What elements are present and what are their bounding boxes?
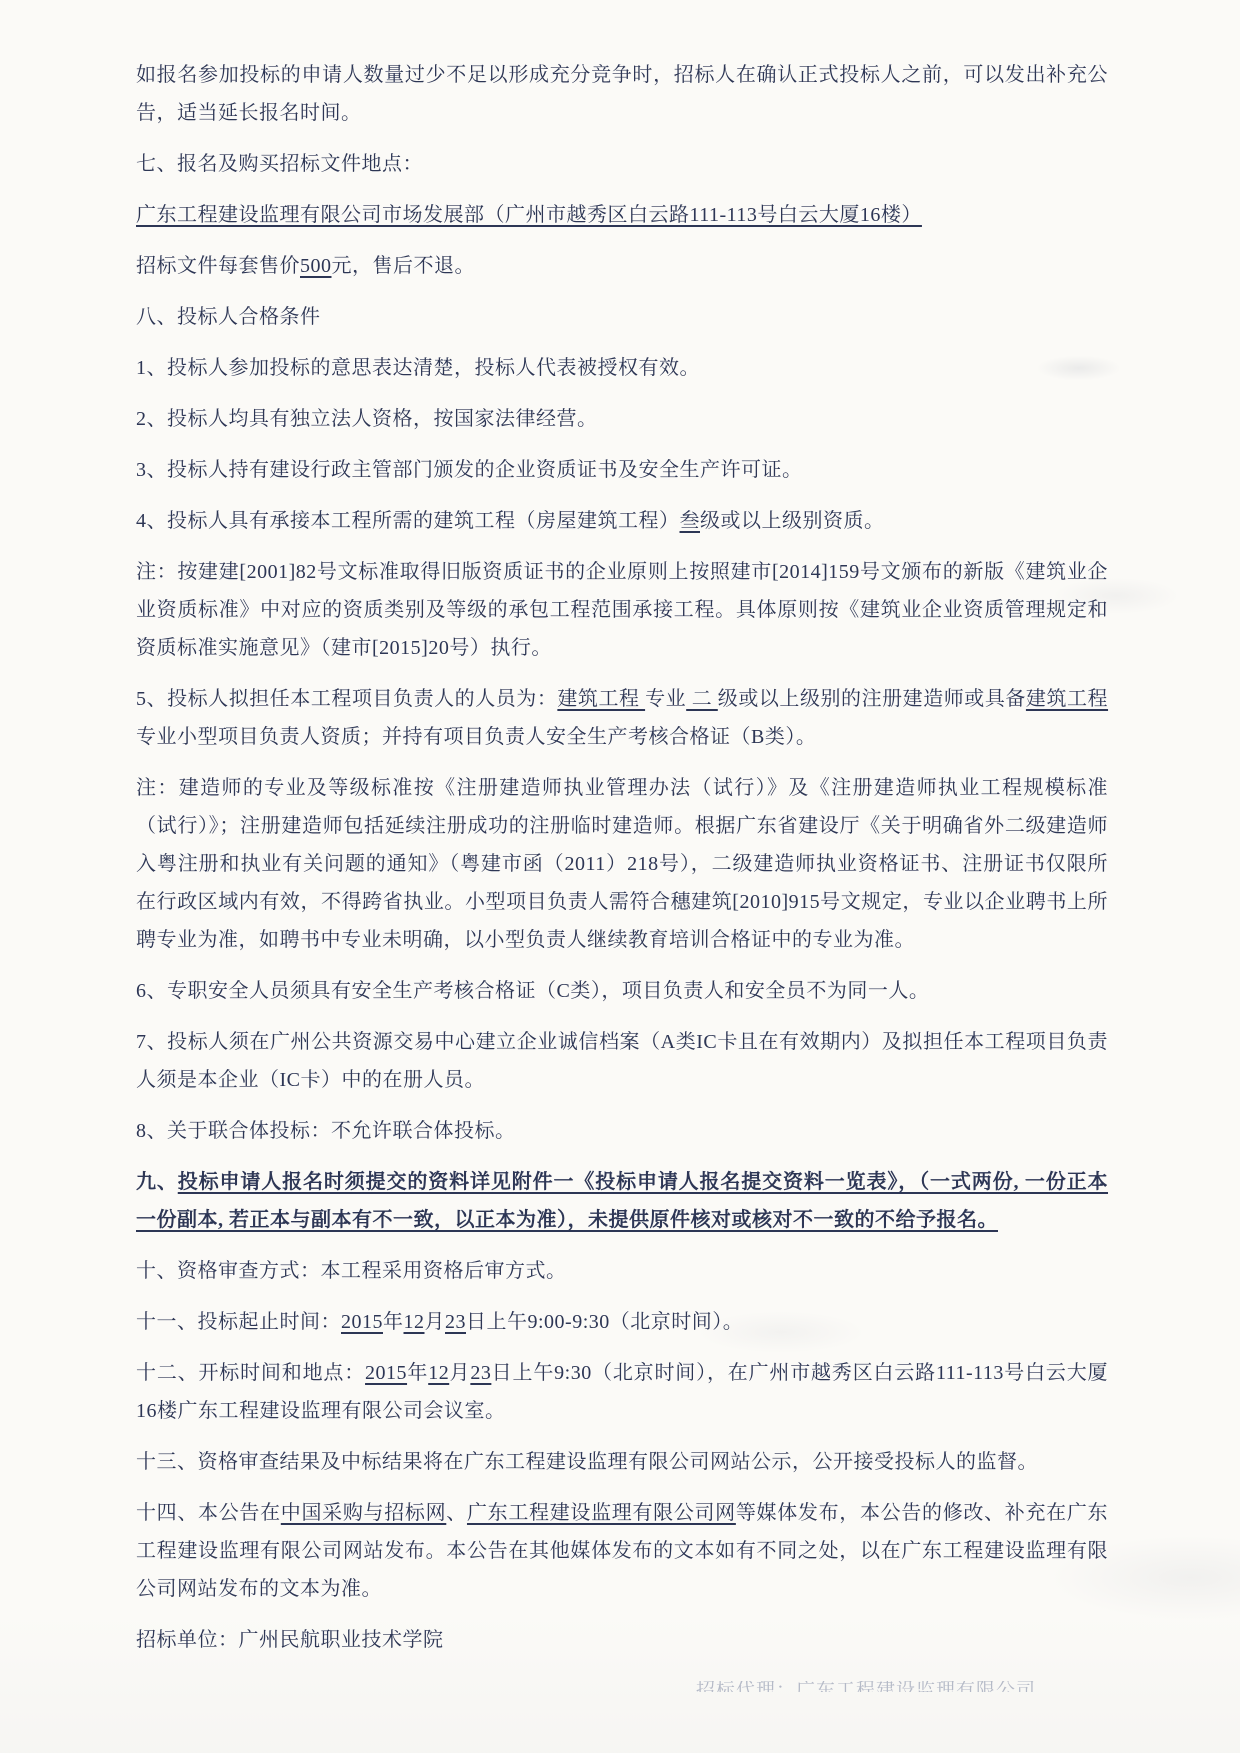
section-12-t1: 年 <box>407 1362 428 1384</box>
condition-4-pre: 4、投标人具有承接本工程所需的建筑工程（房屋建筑工程） <box>136 510 680 532</box>
note-qualification-standard: 注：按建建[2001]82号文标准取得旧版资质证书的企业原则上按照建市[2014… <box>136 553 1108 667</box>
price-text-post: 元，售后不退。 <box>332 255 476 277</box>
bidder-condition-6: 6、专职安全人员须具有安全生产考核合格证（C类），项目负责人和安全员不为同一人。 <box>136 972 1108 1010</box>
price-value-underlined: 500 <box>300 255 332 277</box>
section-11-pre: 十一、投标起止时间： <box>136 1311 341 1333</box>
registration-level-underlined: 二 <box>686 688 718 710</box>
section-11-post: 日上午9:00-9:30（北京时间）。 <box>466 1311 743 1333</box>
tender-doc-sale-location: 广东工程建设监理有限公司市场发展部（广州市越秀区白云路111-113号白云大厦1… <box>136 196 1108 234</box>
note-constructor-standard: 注：建造师的专业及等级标准按《注册建造师执业管理办法（试行）》及《注册建造师执业… <box>136 769 1108 959</box>
tender-unit-line: 招标单位：广州民航职业技术学院 <box>136 1621 1108 1659</box>
bidder-condition-3: 3、投标人持有建设行政主管部门颁发的企业资质证书及安全生产许可证。 <box>136 451 1108 489</box>
section-7-heading: 七、报名及购买招标文件地点： <box>136 145 1108 183</box>
section-11-t1: 年 <box>383 1311 404 1333</box>
section-14-announcement-media: 十四、本公告在中国采购与招标网、广东工程建设监理有限公司网等媒体发布，本公告的修… <box>136 1494 1108 1608</box>
condition-4-post: 级或以上级别资质。 <box>700 510 885 532</box>
bidder-condition-8: 8、关于联合体投标：不允许联合体投标。 <box>136 1112 1108 1150</box>
bid-month-underlined: 12 <box>404 1311 425 1333</box>
media-site-1-underlined: 中国采购与招标网 <box>281 1502 446 1524</box>
section-12-opening-time-place: 十二、开标时间和地点：2015年12月23日上午9:30（北京时间），在广州市越… <box>136 1354 1108 1430</box>
section-12-pre: 十二、开标时间和地点： <box>136 1362 365 1384</box>
clipped-bottom-line: 招标代理：广东工程建设监理有限公司 <box>136 1681 1108 1692</box>
grade-level-underlined: 叁 <box>680 510 701 532</box>
document-page: 如报名参加投标的申请人数量过少不足以形成充分竞争时，招标人在确认正式投标人之前，… <box>0 0 1240 1692</box>
open-day-underlined: 23 <box>470 1362 491 1384</box>
section-13-result-publicity: 十三、资格审查结果及中标结果将在广东工程建设监理有限公司网站公示，公开接受投标人… <box>136 1443 1108 1481</box>
media-site-2-underlined: 广东工程建设监理有限公司网 <box>467 1502 736 1524</box>
bidder-condition-1: 1、投标人参加投标的意思表达清楚，投标人代表被授权有效。 <box>136 349 1108 387</box>
open-year-underlined: 2015 <box>365 1362 407 1384</box>
condition-5-text-1: 专业 <box>645 688 686 710</box>
bidder-condition-4: 4、投标人具有承接本工程所需的建筑工程（房屋建筑工程）叁级或以上级别资质。 <box>136 502 1108 540</box>
bidder-condition-7: 7、投标人须在广州公共资源交易中心建立企业诚信档案（A类IC卡且在有效期内）及拟… <box>136 1023 1108 1099</box>
clipped-bottom-text: 招标代理：广东工程建设监理有限公司 <box>696 1681 1036 1692</box>
section-14-t1: 、 <box>446 1502 467 1524</box>
price-text-pre: 招标文件每套售价 <box>136 255 300 277</box>
condition-5-text-2: 级或以上级别的注册建造师或具备 <box>718 688 1026 710</box>
open-month-underlined: 12 <box>428 1362 449 1384</box>
section-8-heading: 八、投标人合格条件 <box>136 298 1108 336</box>
section-10-review-method: 十、资格审查方式：本工程采用资格后审方式。 <box>136 1252 1108 1290</box>
section-11-bid-time: 十一、投标起止时间：2015年12月23日上午9:00-9:30（北京时间）。 <box>136 1303 1108 1341</box>
section-9-number: 九、 <box>136 1171 178 1193</box>
condition-5-pre: 5、投标人拟担任本工程项目负责人的人员为： <box>136 688 557 710</box>
bidder-condition-5: 5、投标人拟担任本工程项目负责人的人员为：建筑工程 专业 二 级或以上级别的注册… <box>136 680 1108 756</box>
section-9-submission-materials: 九、投标申请人报名时须提交的资料详见附件一《投标申请人报名提交资料一览表》，（一… <box>136 1163 1108 1239</box>
major-2-underlined: 建筑工程 <box>1026 688 1108 710</box>
sale-location-underlined: 广东工程建设监理有限公司市场发展部（广州市越秀区白云路111-113号白云大厦1… <box>136 204 922 226</box>
section-11-t2: 月 <box>425 1311 446 1333</box>
tender-doc-price-line: 招标文件每套售价500元，售后不退。 <box>136 247 1108 285</box>
section-12-t2: 月 <box>449 1362 470 1384</box>
major-1-underlined: 建筑工程 <box>557 688 645 710</box>
bid-day-underlined: 23 <box>445 1311 466 1333</box>
section-14-pre: 十四、本公告在 <box>136 1502 281 1524</box>
intro-paragraph: 如报名参加投标的申请人数量过少不足以形成充分竞争时，招标人在确认正式投标人之前，… <box>136 56 1108 132</box>
bidder-condition-2: 2、投标人均具有独立法人资格，按国家法律经营。 <box>136 400 1108 438</box>
bid-year-underlined: 2015 <box>341 1311 383 1333</box>
condition-5-text-3: 专业小型项目负责人资质；并持有项目负责人安全生产考核合格证（B类）。 <box>136 726 816 748</box>
section-9-underlined-body: 投标申请人报名时须提交的资料详见附件一《投标申请人报名提交资料一览表》，（一式两… <box>136 1171 1108 1231</box>
